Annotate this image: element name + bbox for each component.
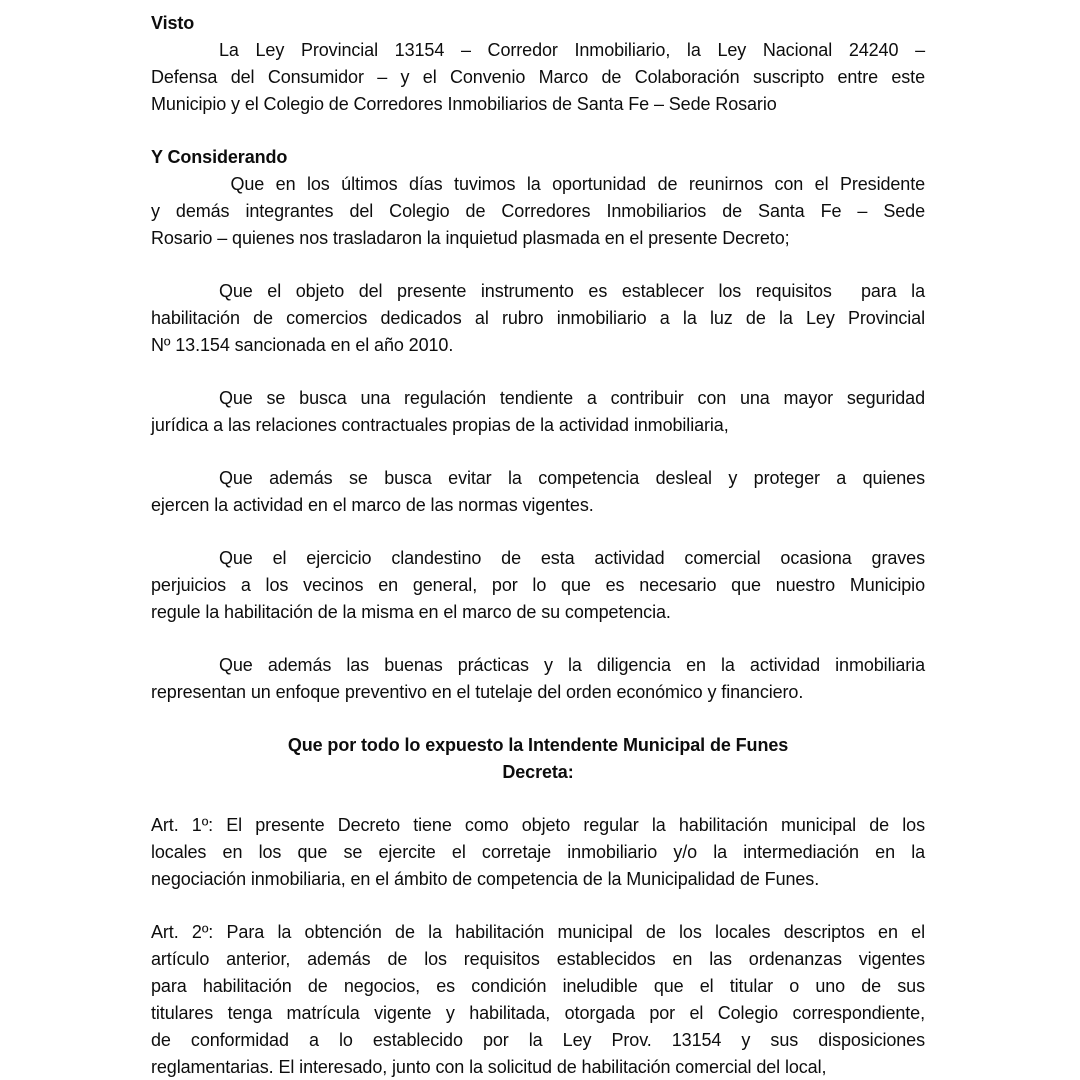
text-line: Art. 1º: El presente Decreto tiene como … bbox=[151, 812, 925, 839]
text-line: Art. 2º: Para la obtención de la habilit… bbox=[151, 919, 925, 946]
text-line: La Ley Provincial 13154 – Corredor Inmob… bbox=[151, 37, 925, 64]
document-heading: Visto bbox=[151, 10, 925, 37]
document-body: VistoLa Ley Provincial 13154 – Corredor … bbox=[151, 10, 925, 1080]
text-line: Municipio y el Colegio de Corredores Inm… bbox=[151, 91, 925, 118]
text-line: y demás integrantes del Colegio de Corre… bbox=[151, 198, 925, 225]
text-line: representan un enfoque preventivo en el … bbox=[151, 679, 925, 706]
text-line: Que en los últimos días tuvimos la oport… bbox=[151, 171, 925, 198]
text-line: Que el ejercicio clandestino de esta act… bbox=[151, 545, 925, 572]
text-line: Que además las buenas prácticas y la dil… bbox=[151, 652, 925, 679]
document-paragraph: Que se busca una regulación tendiente a … bbox=[151, 385, 925, 439]
document-paragraph: Art. 2º: Para la obtención de la habilit… bbox=[151, 919, 925, 1080]
text-line: para habilitación de negocios, es condic… bbox=[151, 973, 925, 1000]
document-paragraph: Que además se busca evitar la competenci… bbox=[151, 465, 925, 519]
text-line: ejercen la actividad en el marco de las … bbox=[151, 492, 925, 519]
text-line: Visto bbox=[151, 10, 925, 37]
text-line: Que por todo lo expuesto la Intendente M… bbox=[151, 732, 925, 759]
document-paragraph: Que el ejercicio clandestino de esta act… bbox=[151, 545, 925, 626]
text-line: Nº 13.154 sancionada en el año 2010. bbox=[151, 332, 925, 359]
text-line: artículo anterior, además de los requisi… bbox=[151, 946, 925, 973]
document-heading: Y Considerando bbox=[151, 144, 925, 171]
text-line: negociación inmobiliaria, en el ámbito d… bbox=[151, 866, 925, 893]
document-page: VistoLa Ley Provincial 13154 – Corredor … bbox=[0, 0, 1080, 1080]
text-line: habilitación de comercios dedicados al r… bbox=[151, 305, 925, 332]
text-line: Decreta: bbox=[151, 759, 925, 786]
text-line: regule la habilitación de la misma en el… bbox=[151, 599, 925, 626]
text-line: locales en los que se ejercite el corret… bbox=[151, 839, 925, 866]
text-line: perjuicios a los vecinos en general, por… bbox=[151, 572, 925, 599]
text-line: Que se busca una regulación tendiente a … bbox=[151, 385, 925, 412]
document-paragraph: Que en los últimos días tuvimos la oport… bbox=[151, 171, 925, 252]
document-paragraph: Que además las buenas prácticas y la dil… bbox=[151, 652, 925, 706]
text-line: Defensa del Consumidor – y el Convenio M… bbox=[151, 64, 925, 91]
text-line: jurídica a las relaciones contractuales … bbox=[151, 412, 925, 439]
text-line: Rosario – quienes nos trasladaron la inq… bbox=[151, 225, 925, 252]
document-centered: Que por todo lo expuesto la Intendente M… bbox=[151, 732, 925, 786]
document-paragraph: Art. 1º: El presente Decreto tiene como … bbox=[151, 812, 925, 893]
text-line: Que además se busca evitar la competenci… bbox=[151, 465, 925, 492]
document-paragraph: La Ley Provincial 13154 – Corredor Inmob… bbox=[151, 37, 925, 118]
text-line: de conformidad a lo establecido por la L… bbox=[151, 1027, 925, 1054]
document-paragraph: Que el objeto del presente instrumento e… bbox=[151, 278, 925, 359]
text-line: Y Considerando bbox=[151, 144, 925, 171]
text-line: Que el objeto del presente instrumento e… bbox=[151, 278, 925, 305]
text-line: titulares tenga matrícula vigente y habi… bbox=[151, 1000, 925, 1027]
text-line: reglamentarias. El interesado, junto con… bbox=[151, 1054, 925, 1080]
